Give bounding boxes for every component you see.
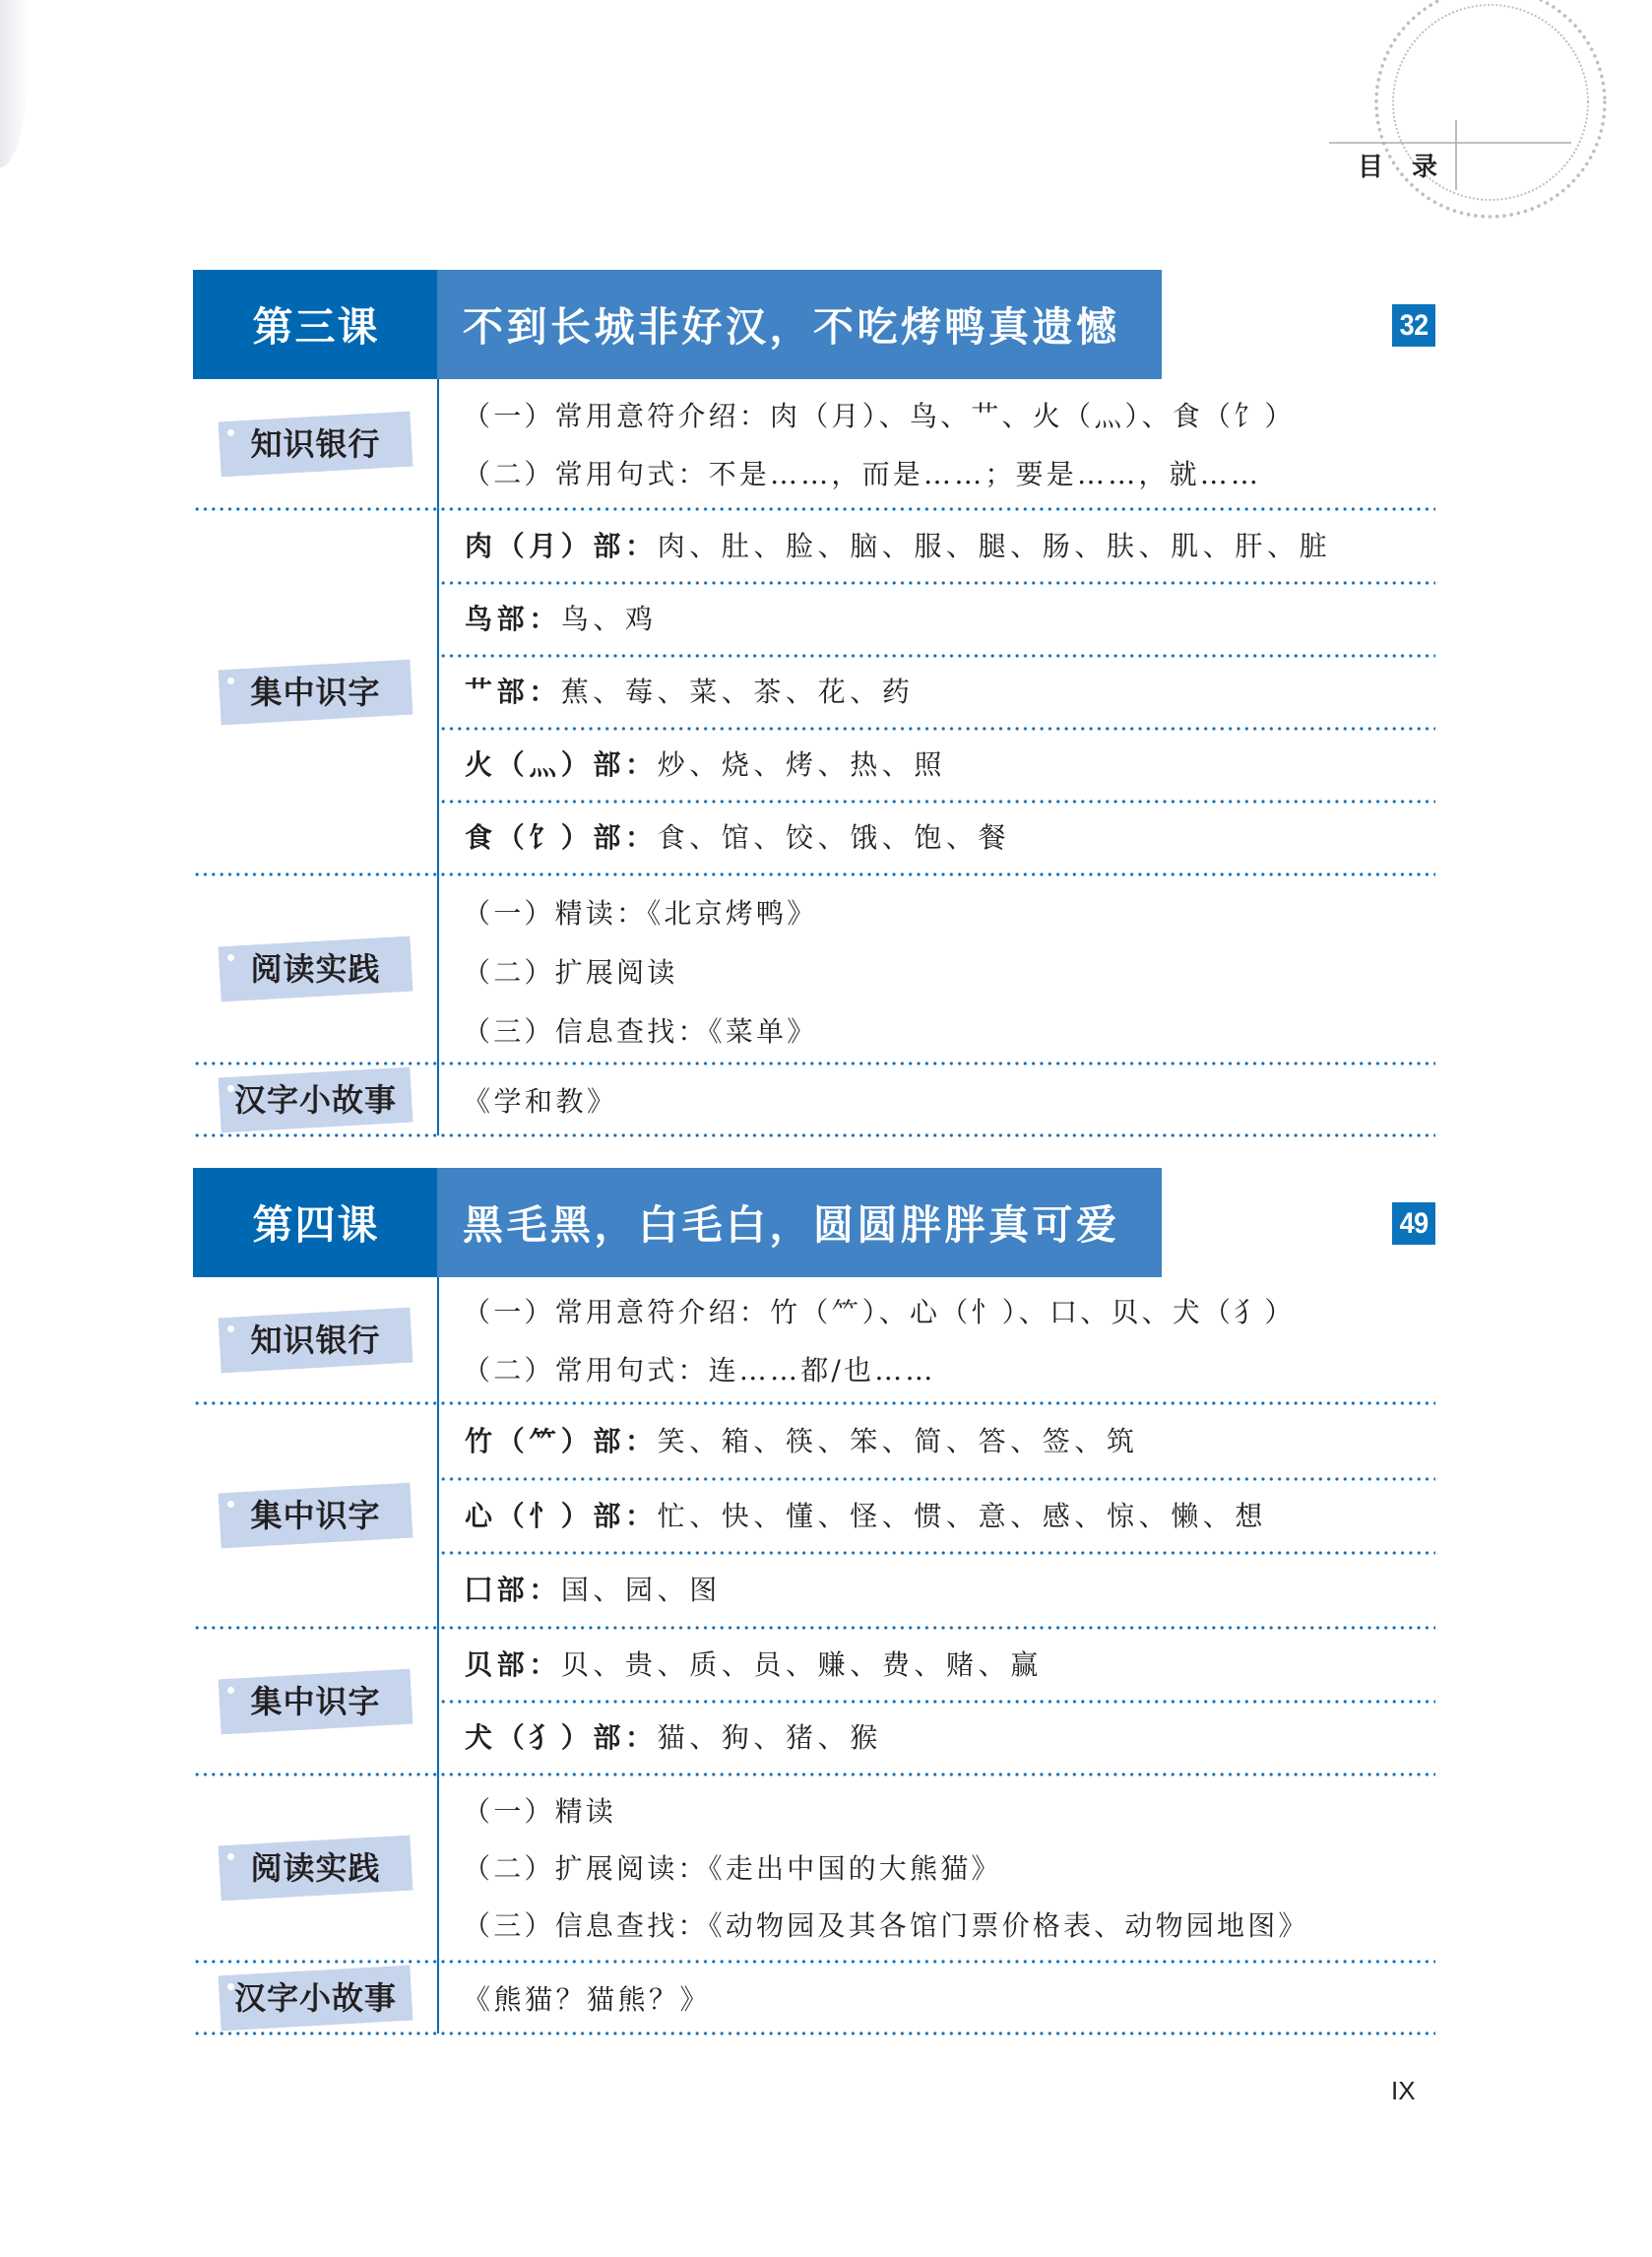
radical-heading: 艹部： <box>465 678 561 706</box>
section-knowledge-bank: 知识银行 （一）常用意符介绍：肉（月）、鸟、艹、火（灬）、食（饣） （二）常用句… <box>193 379 1435 509</box>
section-label-cell: 集中识字 <box>193 509 437 874</box>
section-content-cell: 《熊猫？猫熊？》 <box>437 1962 1435 2033</box>
section-literacy: 集中识字 贝部：贝、贵、质、员、赚、费、赌、赢 犬（犭）部：猫、狗、猪、猴 <box>193 1628 1435 1774</box>
tag-character-story: 汉字小故事 <box>220 1072 412 1128</box>
tag-label: 阅读实践 <box>220 1840 412 1896</box>
section-label-cell: 知识银行 <box>193 1277 437 1403</box>
section-content-cell: （一）精读 （二）扩展阅读：《走出中国的大熊猫》 （三）信息查找：《动物园及其各… <box>437 1774 1435 1962</box>
lesson-title: 黑毛黑，白毛白，圆圆胖胖真可爱 <box>437 1168 1162 1277</box>
reading-line: （二）扩展阅读：《走出中国的大熊猫》 <box>463 1840 1435 1898</box>
section-literacy: 集中识字 肉（月）部：肉、肚、脸、脑、服、腿、肠、肤、肌、肝、脏 鸟部：鸟、鸡 … <box>193 509 1435 874</box>
section-label-cell: 汉字小故事 <box>193 1962 437 2033</box>
radical-heading: 食（饣）部： <box>465 824 658 852</box>
section-content-cell: 肉（月）部：肉、肚、脸、脑、服、腿、肠、肤、肌、肝、脏 鸟部：鸟、鸡 艹部：蕉、… <box>437 509 1435 874</box>
tag-literacy: 集中识字 <box>220 1674 412 1729</box>
lesson-number: 第四课 <box>193 1168 437 1277</box>
dotted-separator <box>439 800 1435 804</box>
dotted-separator <box>193 1133 1435 1137</box>
dotted-separator <box>439 1477 1435 1481</box>
lesson-header[interactable]: 第三课 不到长城非好汉，不吃烤鸭真遗憾 <box>193 270 1162 379</box>
radical-characters: 蕉、莓、菜、茶、花、药 <box>561 678 915 706</box>
reading-line: （三）信息查找：《菜单》 <box>463 1002 1435 1062</box>
tag-reading-practice: 阅读实践 <box>220 1840 412 1896</box>
tag-label: 集中识字 <box>220 1674 412 1729</box>
dotted-circle-ornament <box>1319 0 1615 236</box>
dotted-separator <box>193 507 1435 511</box>
tag-knowledge-bank: 知识银行 <box>220 1313 412 1368</box>
section-reading-practice: 阅读实践 （一）精读 （二）扩展阅读：《走出中国的大熊猫》 （三）信息查找：《动… <box>193 1774 1435 1962</box>
radical-row: 肉（月）部：肉、肚、脸、脑、服、腿、肠、肤、肌、肝、脏 <box>439 509 1435 583</box>
outer-dotted-circle <box>1376 0 1605 217</box>
knowledge-line: （一）常用意符介绍：竹（⺮）、心（忄）、口、贝、犬（犭） <box>463 1283 1435 1341</box>
tag-knowledge-bank: 知识银行 <box>220 417 412 472</box>
radical-characters: 鸟、鸡 <box>561 606 658 633</box>
radical-heading: 肉（月）部： <box>465 533 658 560</box>
section-content-cell: 竹（⺮）部：笑、箱、筷、笨、简、答、签、筑 心（忄）部：忙、快、懂、怪、惯、意、… <box>437 1403 1435 1628</box>
dotted-separator <box>193 1960 1435 1964</box>
radical-characters: 肉、肚、脸、脑、服、腿、肠、肤、肌、肝、脏 <box>658 533 1332 560</box>
radical-row: 囗部：国、园、图 <box>439 1553 1435 1628</box>
page-number-badge[interactable]: 32 <box>1392 304 1435 347</box>
section-label-cell: 集中识字 <box>193 1403 437 1628</box>
section-label-cell: 阅读实践 <box>193 1774 437 1962</box>
page-number-badge[interactable]: 49 <box>1392 1202 1435 1245</box>
page-number: 32 <box>1399 311 1428 341</box>
tag-character-story: 汉字小故事 <box>220 1970 412 2026</box>
dotted-separator <box>193 1401 1435 1405</box>
reading-line: （三）信息查找：《动物园及其各馆门票价格表、动物园地图》 <box>463 1898 1435 1955</box>
radical-row: 贝部：贝、贵、质、员、赚、费、赌、赢 <box>439 1628 1435 1702</box>
radical-heading: 囗部： <box>465 1577 561 1604</box>
section-label-cell: 知识银行 <box>193 379 437 509</box>
dotted-separator <box>193 872 1435 876</box>
lesson-header[interactable]: 第四课 黑毛黑，白毛白，圆圆胖胖真可爱 <box>193 1168 1162 1277</box>
radical-row: 火（灬）部：炒、烧、烤、热、照 <box>439 729 1435 802</box>
dotted-separator <box>193 1773 1435 1776</box>
section-content-cell: （一）常用意符介绍：肉（月）、鸟、艹、火（灬）、食（饣） （二）常用句式：不是…… <box>437 379 1435 509</box>
section-literacy: 集中识字 竹（⺮）部：笑、箱、筷、笨、简、答、签、筑 心（忄）部：忙、快、懂、怪… <box>193 1403 1435 1628</box>
page-folio: IX <box>1391 2078 1416 2103</box>
dotted-separator <box>439 654 1435 658</box>
radical-row: 竹（⺮）部：笑、箱、筷、笨、简、答、签、筑 <box>439 1403 1435 1479</box>
page-number: 49 <box>1399 1209 1428 1239</box>
radical-characters: 炒、烧、烤、热、照 <box>658 751 946 779</box>
radical-row: 食（饣）部：食、馆、饺、饿、饱、餐 <box>439 802 1435 874</box>
section-character-story: 汉字小故事 《熊猫？猫熊？》 <box>193 1962 1435 2033</box>
tag-label: 汉字小故事 <box>220 1970 412 2026</box>
tag-label: 知识银行 <box>220 1313 412 1368</box>
section-label-cell: 汉字小故事 <box>193 1064 437 1135</box>
knowledge-line: （二）常用句式：连……都/也…… <box>463 1341 1435 1399</box>
radical-row: 鸟部：鸟、鸡 <box>439 583 1435 656</box>
tag-label: 阅读实践 <box>220 941 412 997</box>
tag-literacy: 集中识字 <box>220 1488 412 1543</box>
knowledge-line: （二）常用句式：不是……，而是……；要是……，就…… <box>463 445 1435 503</box>
tag-label: 汉字小故事 <box>220 1072 412 1128</box>
lesson-entry: 第三课 不到长城非好汉，不吃烤鸭真遗憾 32 知识银行 （一）常用意符介绍：肉（… <box>193 270 1435 1135</box>
radical-characters: 笑、箱、筷、笨、简、答、签、筑 <box>658 1428 1139 1455</box>
radical-heading: 犬（犭）部： <box>465 1724 658 1752</box>
page-edge-shadow <box>0 0 30 167</box>
toc-title: 目录 <box>1358 155 1466 180</box>
tag-reading-practice: 阅读实践 <box>220 941 412 997</box>
section-content-cell: （一）精读：《北京烤鸭》 （二）扩展阅读 （三）信息查找：《菜单》 <box>437 874 1435 1064</box>
section-knowledge-bank: 知识银行 （一）常用意符介绍：竹（⺮）、心（忄）、口、贝、犬（犭） （二）常用句… <box>193 1277 1435 1403</box>
dotted-separator <box>439 727 1435 731</box>
tag-label: 集中识字 <box>220 665 412 720</box>
lesson-number: 第三课 <box>193 270 437 379</box>
radical-heading: 心（忄）部： <box>465 1503 658 1530</box>
story-title: 《熊猫？猫熊？》 <box>439 1962 1435 2033</box>
radical-row: 犬（犭）部：猫、狗、猪、猴 <box>439 1702 1435 1774</box>
dotted-separator <box>193 1062 1435 1065</box>
section-reading-practice: 阅读实践 （一）精读：《北京烤鸭》 （二）扩展阅读 （三）信息查找：《菜单》 <box>193 874 1435 1064</box>
radical-heading: 火（灬）部： <box>465 751 658 779</box>
tag-literacy: 集中识字 <box>220 665 412 720</box>
dotted-separator <box>439 1700 1435 1704</box>
radical-heading: 竹（⺮）部： <box>465 1428 658 1455</box>
tag-label: 集中识字 <box>220 1488 412 1543</box>
dotted-separator <box>193 2031 1435 2035</box>
radical-row: 艹部：蕉、莓、菜、茶、花、药 <box>439 656 1435 729</box>
reading-line: （二）扩展阅读 <box>463 943 1435 1002</box>
lesson-entry: 第四课 黑毛黑，白毛白，圆圆胖胖真可爱 49 知识银行 （一）常用意符介绍：竹（… <box>193 1168 1435 2033</box>
radical-characters: 忙、快、懂、怪、惯、意、感、惊、懒、想 <box>658 1503 1267 1530</box>
reading-line: （一）精读 <box>463 1783 1435 1840</box>
dotted-separator <box>193 1626 1435 1630</box>
toc-page: 目录 第三课 不到长城非好汉，不吃烤鸭真遗憾 32 知识银行 （一）常用意符介绍… <box>0 0 1652 2257</box>
lesson-title: 不到长城非好汉，不吃烤鸭真遗憾 <box>437 270 1162 379</box>
radical-characters: 贝、贵、质、员、赚、费、赌、赢 <box>561 1651 1043 1679</box>
radical-heading: 鸟部： <box>465 606 561 633</box>
section-label-cell: 阅读实践 <box>193 874 437 1064</box>
radical-row: 心（忄）部：忙、快、懂、怪、惯、意、感、惊、懒、想 <box>439 1479 1435 1553</box>
reading-line: （一）精读：《北京烤鸭》 <box>463 884 1435 943</box>
radical-characters: 猫、狗、猪、猴 <box>658 1724 882 1752</box>
dotted-separator <box>439 581 1435 585</box>
radical-characters: 食、馆、饺、饿、饱、餐 <box>658 824 1011 852</box>
story-title: 《学和教》 <box>439 1064 1435 1135</box>
section-content-cell: 《学和教》 <box>437 1064 1435 1135</box>
section-label-cell: 集中识字 <box>193 1628 437 1774</box>
section-content-cell: 贝部：贝、贵、质、员、赚、费、赌、赢 犬（犭）部：猫、狗、猪、猴 <box>437 1628 1435 1774</box>
tag-label: 知识银行 <box>220 417 412 472</box>
section-character-story: 汉字小故事 《学和教》 <box>193 1064 1435 1135</box>
radical-heading: 贝部： <box>465 1651 561 1679</box>
knowledge-line: （一）常用意符介绍：肉（月）、鸟、艹、火（灬）、食（饣） <box>463 387 1435 445</box>
dotted-separator <box>439 1551 1435 1555</box>
radical-characters: 国、园、图 <box>561 1577 722 1604</box>
section-content-cell: （一）常用意符介绍：竹（⺮）、心（忄）、口、贝、犬（犭） （二）常用句式：连……… <box>437 1277 1435 1403</box>
